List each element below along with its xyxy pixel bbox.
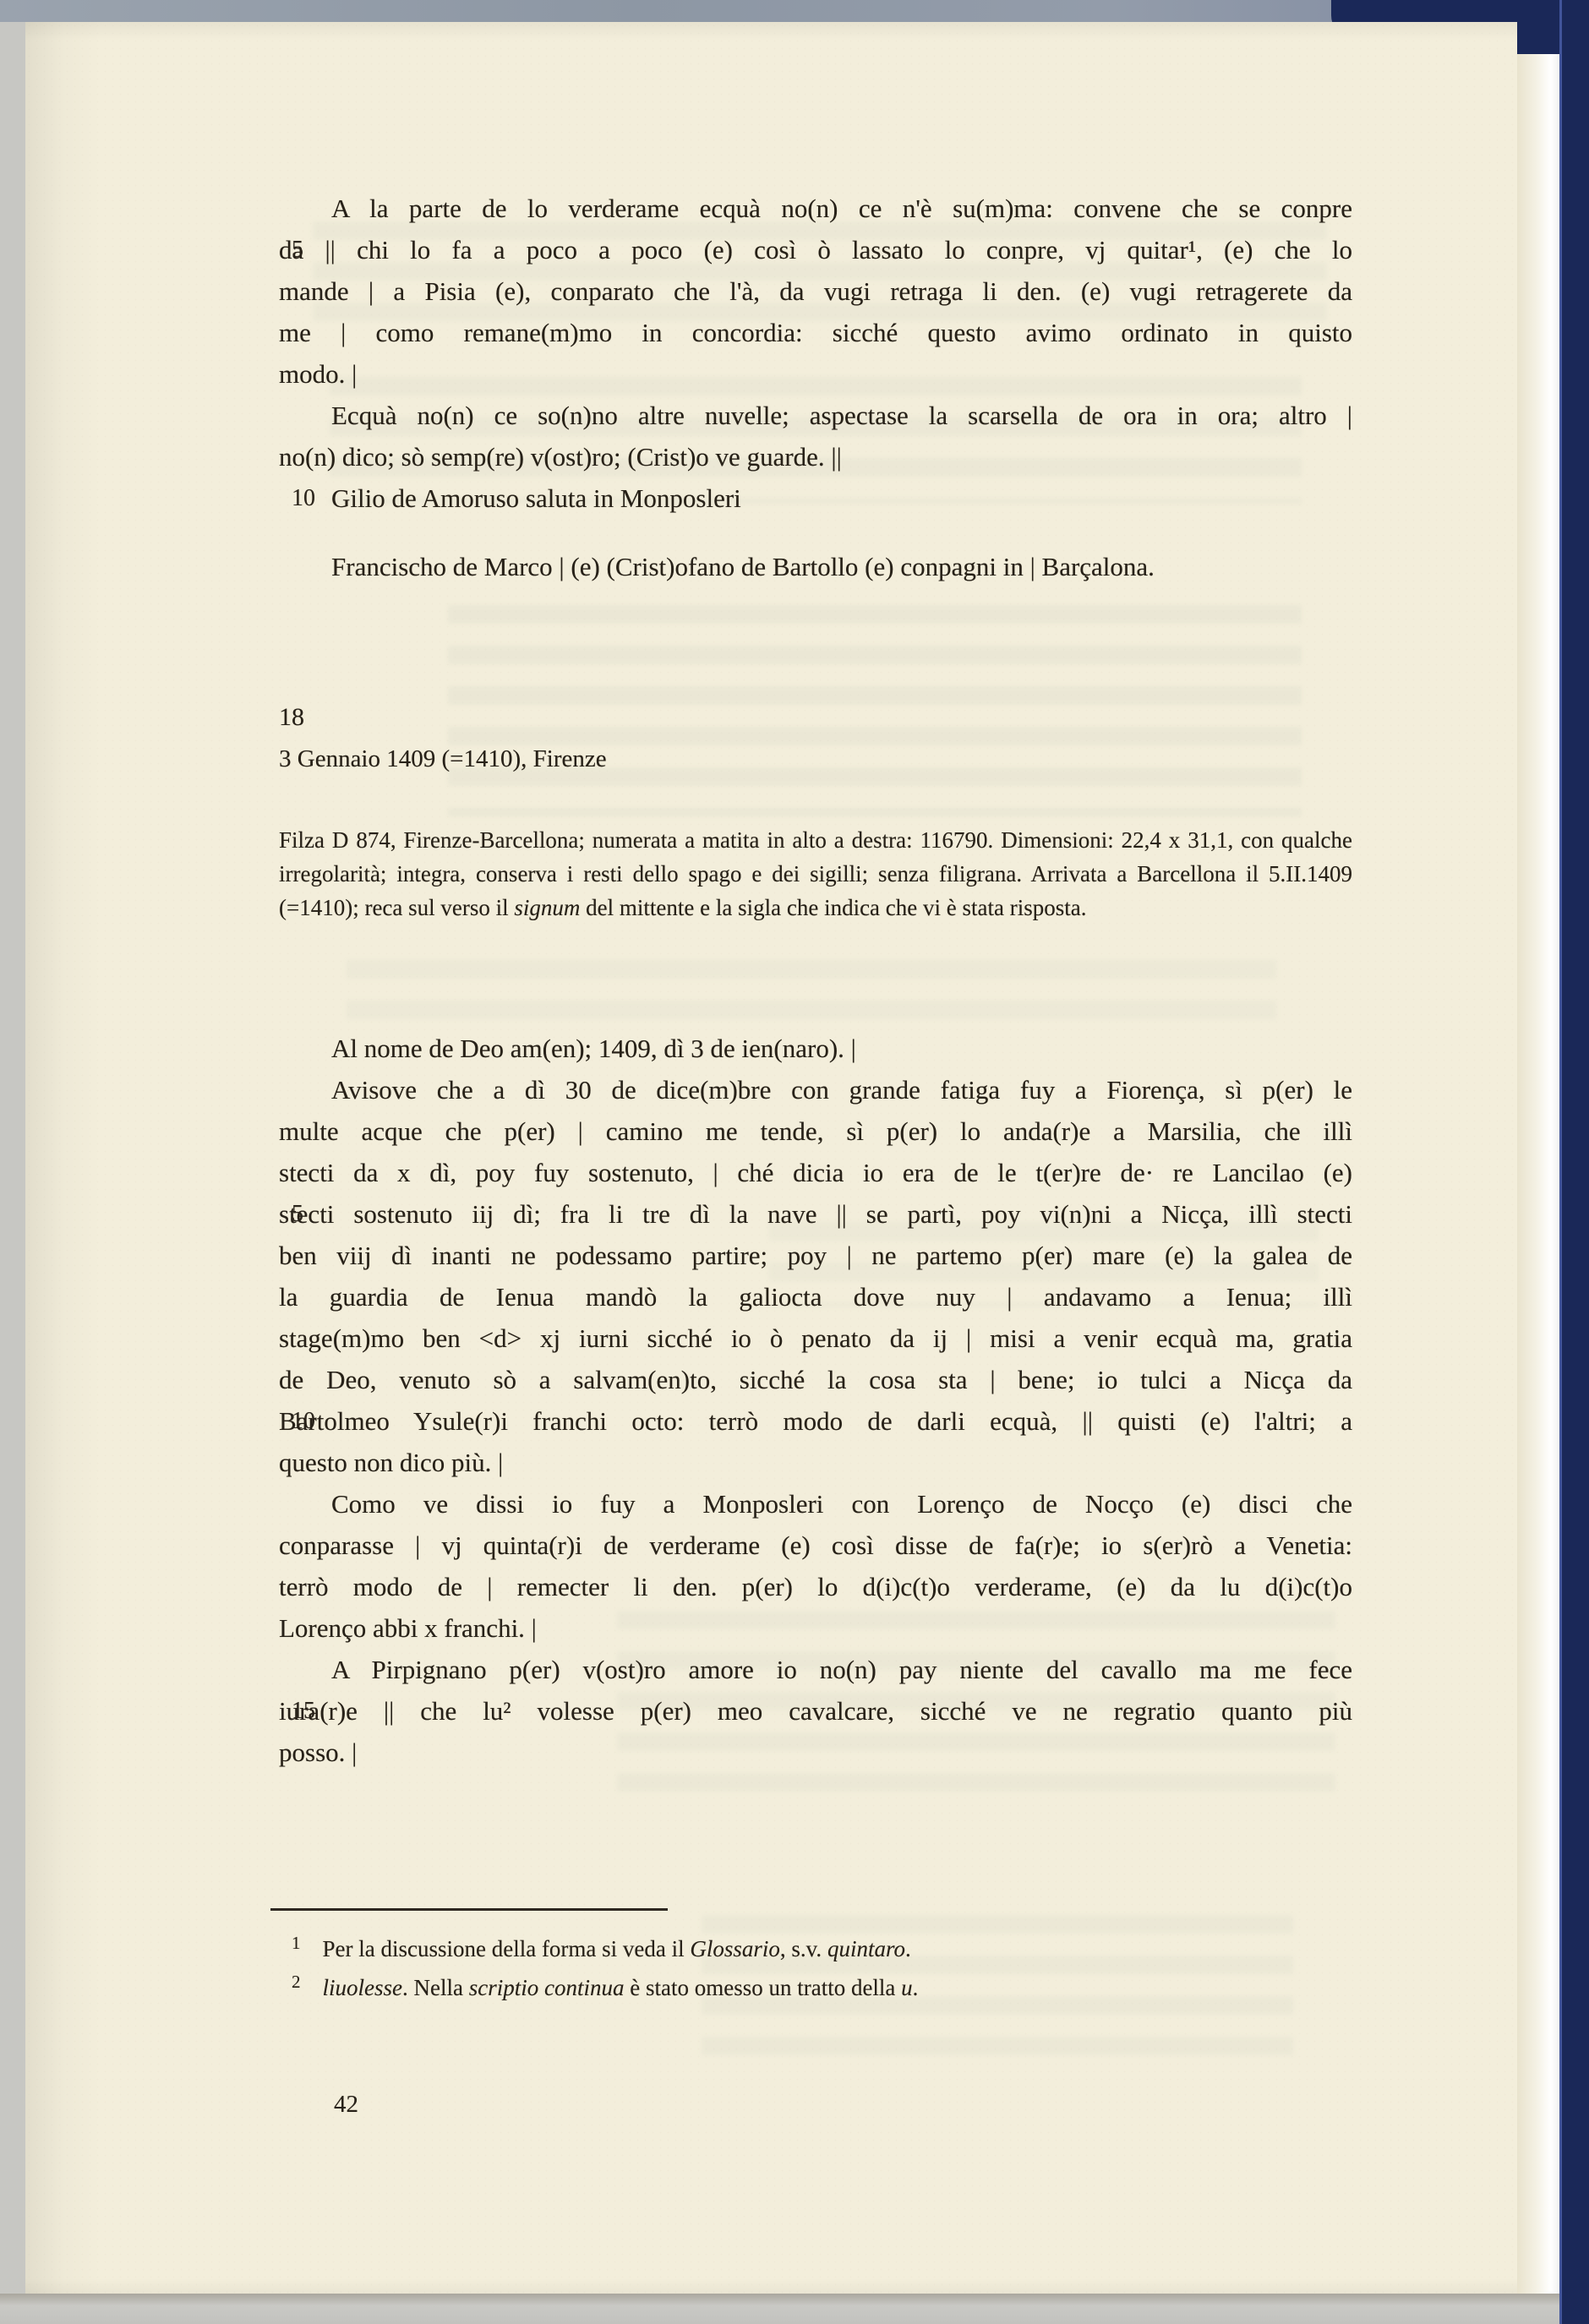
text-line: la guardia de Ienua mandò la galiocta do… bbox=[279, 1276, 1352, 1317]
text-line: stage(m)mo ben <d> xj iurni sicché io ò … bbox=[279, 1317, 1352, 1359]
text-line: stecti da x dì, poy fuy sostenuto, | ché… bbox=[279, 1152, 1352, 1193]
footnote-number: 1 bbox=[292, 1926, 301, 1960]
book-page-paper: 5 10 A la parte de lo verderame ecquà no… bbox=[25, 22, 1517, 2294]
text-line: me | como remane(m)mo in concordia: sicc… bbox=[279, 312, 1352, 353]
book-cover-right-band bbox=[1559, 0, 1589, 2324]
text-line: posso. | bbox=[279, 1732, 1352, 1773]
letter18-text-block: Al nome de Deo am(en); 1409, dì 3 de ien… bbox=[279, 1028, 1352, 1773]
letter-number: 18 bbox=[279, 696, 1352, 738]
letter17-address: Francischo de Marco | (e) (Crist)ofano d… bbox=[279, 546, 1352, 587]
letter-number-heading: 18 bbox=[279, 696, 1352, 738]
text-line: multe acque che p(er) | camino me tende,… bbox=[279, 1110, 1352, 1152]
showthrough-ghost bbox=[347, 960, 1276, 1019]
address-line: Francischo de Marco | (e) (Crist)ofano d… bbox=[279, 546, 1352, 587]
text-line: Como ve dissi io fuy a Monposleri con Lo… bbox=[279, 1483, 1352, 1525]
text-line: de Deo, venuto sò a salvam(en)to, sicché… bbox=[279, 1359, 1352, 1400]
text-line: Ecquà no(n) ce so(n)no altre nuvelle; as… bbox=[279, 395, 1352, 436]
text-line: terrò modo de | remecter li den. p(er) l… bbox=[279, 1566, 1352, 1607]
footnote: 1 Per la discussione della forma si veda… bbox=[292, 1932, 1348, 1966]
letter-dateline: 3 Gennaio 1409 (=1410), Firenze bbox=[279, 739, 1352, 780]
page-number: 42 bbox=[334, 2091, 358, 2119]
book-page-edges bbox=[1517, 22, 1559, 2294]
text-line: A la parte de lo verderame ecquà no(n) c… bbox=[279, 188, 1352, 229]
footnote-text: liuolesse. Nella scriptio continua è sta… bbox=[323, 1971, 919, 2005]
scanner-bottom-strip bbox=[0, 2294, 1559, 2324]
text-line: mande | a Pisia (e), conparato che l'à, … bbox=[279, 270, 1352, 312]
scanned-book-page: 5 10 A la parte de lo verderame ecquà no… bbox=[0, 0, 1589, 2324]
text-line: modo. | bbox=[279, 353, 1352, 395]
text-line: Lorenço abbi x franchi. | bbox=[279, 1607, 1352, 1649]
scanner-left-strip bbox=[0, 22, 25, 2297]
text-line: Avisove che a dì 30 de dice(m)bre con gr… bbox=[279, 1069, 1352, 1110]
text-line: conparasse | vj quinta(r)i de verderame … bbox=[279, 1525, 1352, 1566]
text-line: Al nome de Deo am(en); 1409, dì 3 de ien… bbox=[279, 1028, 1352, 1069]
text-line: questo non dico più. | bbox=[279, 1442, 1352, 1483]
text-line: Gilio de Amoruso saluta in Monposleri bbox=[279, 477, 1352, 519]
dateline-text: 3 Gennaio 1409 (=1410), Firenze bbox=[279, 739, 1352, 780]
text-line: no(n) dico; sò semp(re) v(ost)ro; (Crist… bbox=[279, 436, 1352, 477]
text-line: iura(r)e || che lu² volesse p(er) meo ca… bbox=[279, 1690, 1352, 1732]
document-description: Filza D 874, Firenze-Barcellona; numerat… bbox=[279, 823, 1352, 925]
letter17-text-block: A la parte de lo verderame ecquà no(n) c… bbox=[279, 188, 1352, 519]
text-line: Bartolmeo Ysule(r)i franchi octo: terrò … bbox=[279, 1400, 1352, 1442]
text-line: A Pirpignano p(er) v(ost)ro amore io no(… bbox=[279, 1649, 1352, 1690]
text-line: ben viij dì inanti ne podessamo partire;… bbox=[279, 1235, 1352, 1276]
footnote-number: 2 bbox=[292, 1965, 301, 1999]
footnote-text: Per la discussione della forma si veda i… bbox=[323, 1932, 911, 1966]
footnote: 2 liuolesse. Nella scriptio continua è s… bbox=[292, 1971, 1348, 2005]
text-line: stecti sostenuto iij dì; fra li tre dì l… bbox=[279, 1193, 1352, 1235]
footnote-separator-rule bbox=[270, 1908, 668, 1911]
text-line: da || chi lo fa a poco a poco (e) così ò… bbox=[279, 229, 1352, 270]
